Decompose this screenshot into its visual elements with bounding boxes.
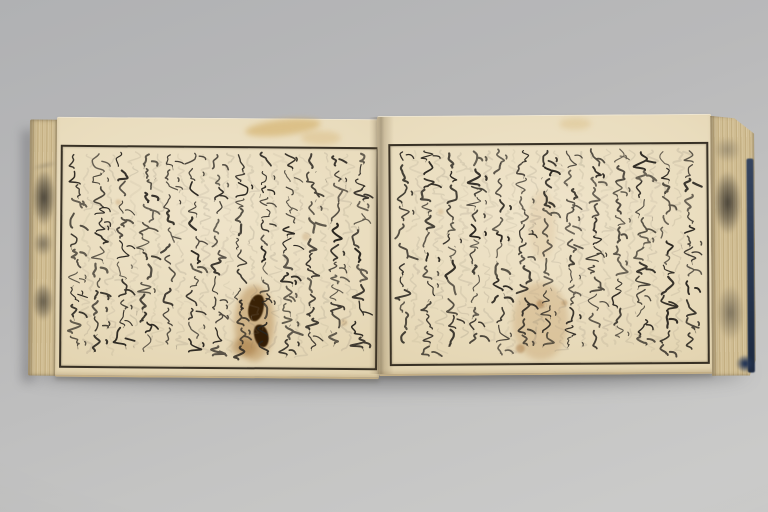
right-fore-edge-smudge	[716, 285, 744, 341]
photo-scene	[0, 0, 768, 512]
book-cover-edge	[746, 159, 754, 373]
right-fore-edge-smudge	[713, 171, 741, 235]
right-page-text-svg	[391, 145, 702, 359]
right-fore-edge-smudge	[713, 137, 741, 163]
book-cover-corner	[736, 355, 755, 373]
gutter-shadow	[369, 117, 394, 374]
